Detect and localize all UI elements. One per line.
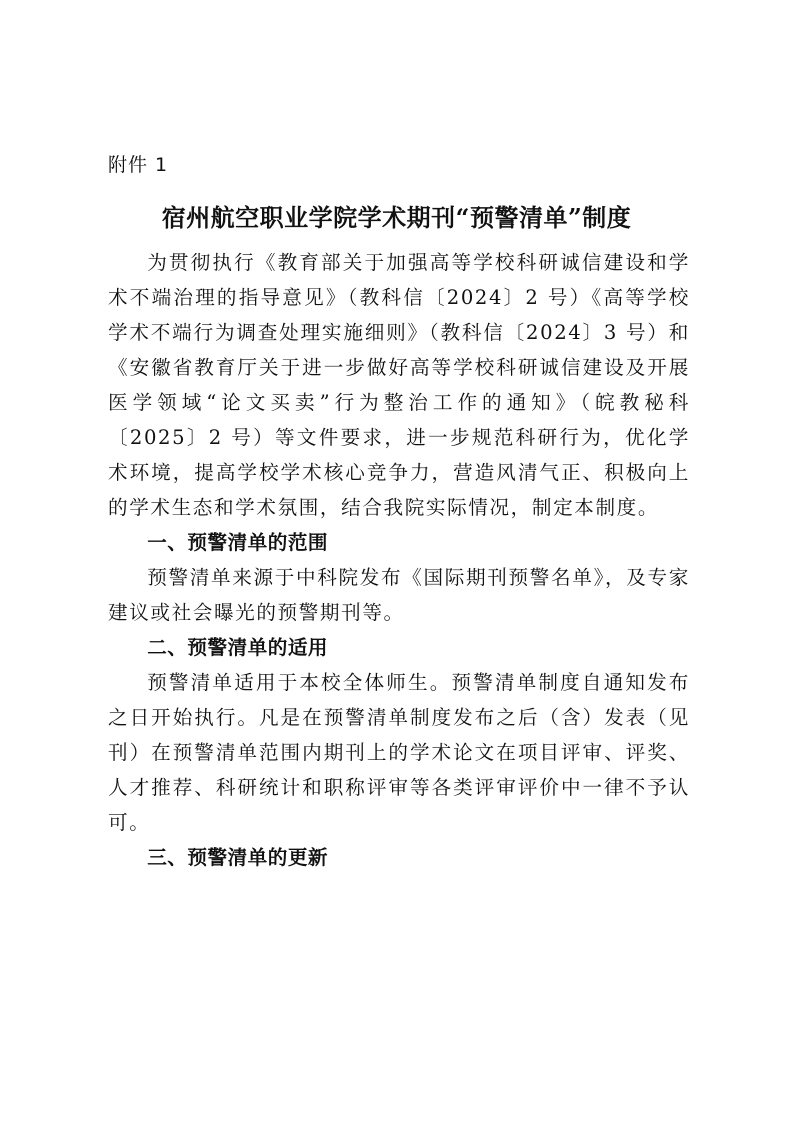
section-heading-update: 三、预警清单的更新 [108, 840, 690, 875]
section-text-scope: 预警清单来源于中科院发布《国际期刊预警名单》，及专家建议或社会曝光的预警期刊等。 [108, 560, 690, 630]
intro-paragraph: 为贯彻执行《教育部关于加强高等学校科研诚信建设和学术不端治理的指导意见》（教科信… [108, 245, 690, 525]
section-heading-application: 二、预警清单的适用 [108, 630, 690, 665]
section-text-application: 预警清单适用于本校全体师生。预警清单制度自通知发布之日开始执行。凡是在预警清单制… [108, 665, 690, 840]
section-heading-scope: 一、预警清单的范围 [108, 525, 690, 560]
document-title: 宿州航空职业学院学术期刊“预警清单”制度 [0, 198, 793, 233]
document-page: 附件 1 宿州航空职业学院学术期刊“预警清单”制度 为贯彻执行《教育部关于加强高… [0, 0, 793, 1122]
document-body: 为贯彻执行《教育部关于加强高等学校科研诚信建设和学术不端治理的指导意见》（教科信… [108, 245, 690, 875]
annex-label: 附件 1 [108, 150, 168, 177]
